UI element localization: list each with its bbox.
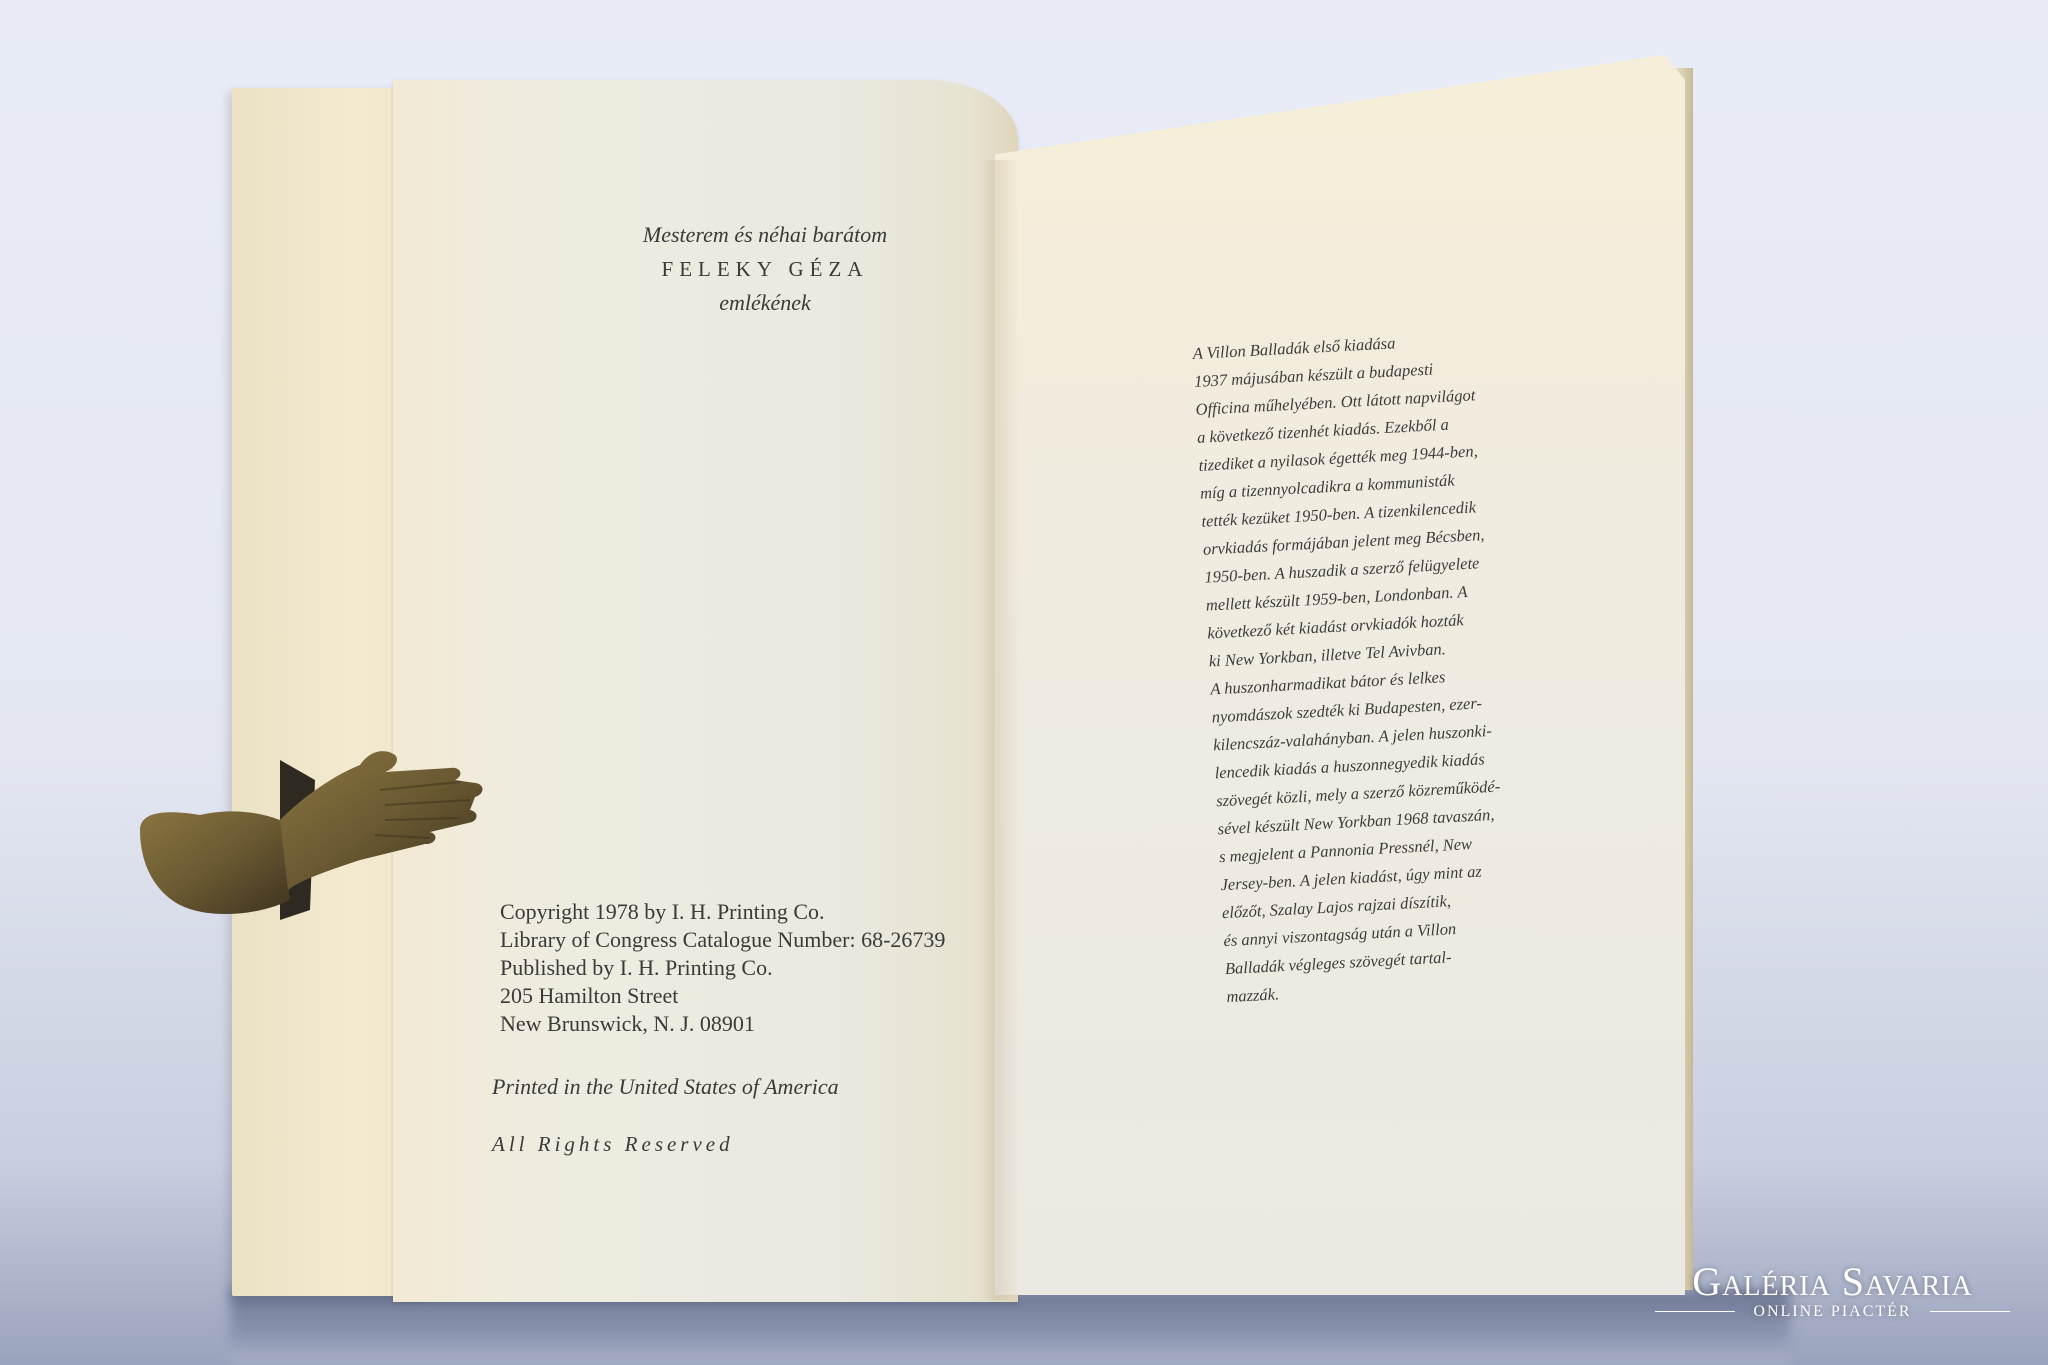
- copyright-line: Copyright 1978 by I. H. Printing Co.: [500, 898, 1020, 926]
- dedication-line: Mesterem és néhai barátom: [600, 218, 930, 252]
- copyright-line: 205 Hamilton Street: [500, 982, 1020, 1010]
- watermark-logo: Galéria Savaria ONLINE PIACTÉR: [1655, 1262, 2010, 1322]
- dedication-name: FELEKY GÉZA: [600, 252, 930, 286]
- bronze-hand-clip-icon: [130, 720, 490, 930]
- printed-in: Printed in the United States of America: [492, 1074, 839, 1100]
- colophon: A Villon Balladák első kiadása 1937 máju…: [1192, 323, 1557, 1011]
- copyright-line: New Brunswick, N. J. 08901: [500, 1010, 1020, 1038]
- book-gutter: [980, 160, 1020, 1300]
- rights-reserved: All Rights Reserved: [492, 1132, 734, 1157]
- copyright-line: Library of Congress Catalogue Number: 68…: [500, 926, 1020, 954]
- dedication: Mesterem és néhai barátom FELEKY GÉZA em…: [600, 218, 930, 320]
- watermark-title: Galéria Savaria: [1655, 1262, 2010, 1302]
- watermark-subtitle: ONLINE PIACTÉR: [1655, 1302, 2010, 1322]
- dedication-line: emlékének: [600, 286, 930, 320]
- copyright-block: Copyright 1978 by I. H. Printing Co. Lib…: [500, 898, 1020, 1038]
- copyright-line: Published by I. H. Printing Co.: [500, 954, 1020, 982]
